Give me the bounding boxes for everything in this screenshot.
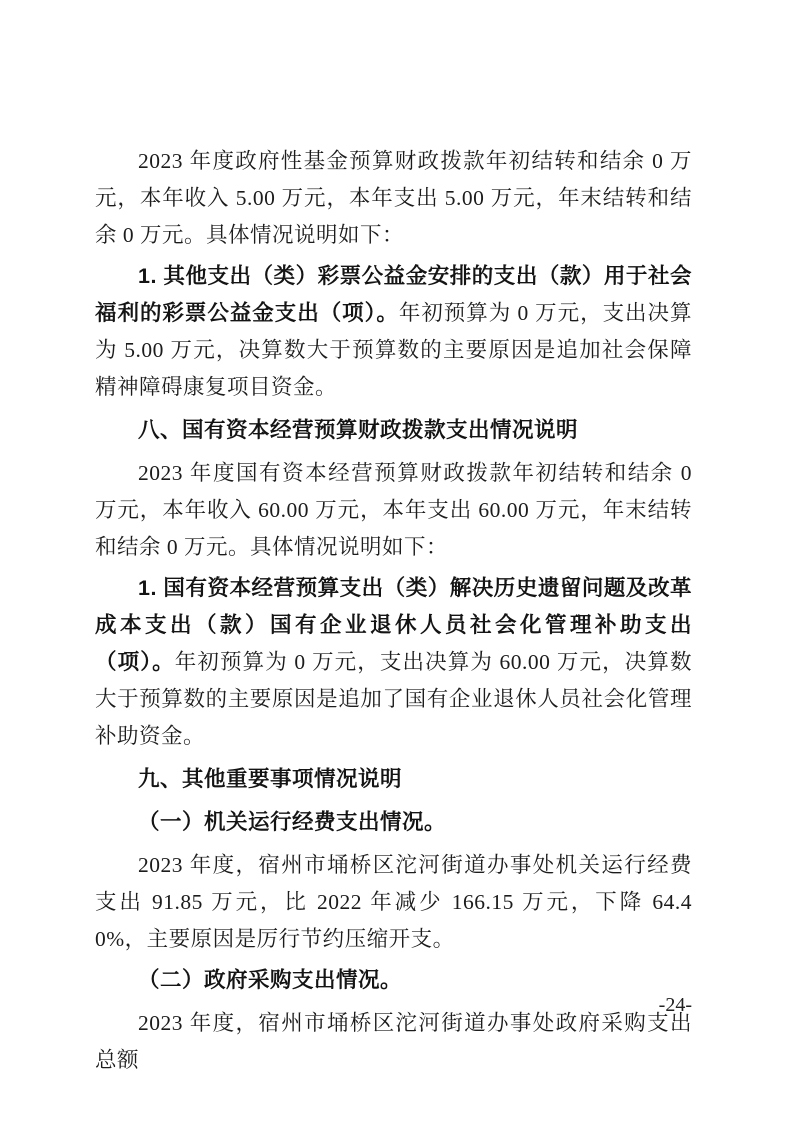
- text-run: 2023 年度，宿州市埇桥区沱河街道办事处机关运行经费支出 91.85 万元，比…: [95, 853, 692, 951]
- bold-text-run: 九、其他重要事项情况说明: [138, 767, 402, 791]
- heading: 八、国有资本经营预算财政拨款支出情况说明: [95, 412, 692, 449]
- paragraph: 2023 年度，宿州市埇桥区沱河街道办事处政府采购支出总额: [95, 1005, 692, 1079]
- page-number: -24-: [95, 994, 692, 1016]
- subheading: （一）机关运行经费支出情况。: [95, 804, 692, 841]
- document-page: 2023 年度政府性基金预算财政拨款年初结转和结余 0 万元，本年收入 5.00…: [0, 0, 793, 1122]
- text-run: 年初预算为 0 万元，支出决算为 60.00 万元，决算数大于预算数的主要原因是…: [95, 650, 692, 748]
- text-run: 2023 年度，宿州市埇桥区沱河街道办事处政府采购支出总额: [95, 1011, 692, 1072]
- bold-text-run: （一）机关运行经费支出情况。: [138, 810, 446, 834]
- text-run: 2023 年度国有资本经营预算财政拨款年初结转和结余 0 万元，本年收入 60.…: [95, 461, 692, 559]
- paragraph: 2023 年度，宿州市埇桥区沱河街道办事处机关运行经费支出 91.85 万元，比…: [95, 847, 692, 958]
- text-run: 2023 年度政府性基金预算财政拨款年初结转和结余 0 万元，本年收入 5.00…: [95, 149, 692, 247]
- paragraph: 1. 国有资本经营预算支出（类）解决历史遗留问题及改革成本支出（款）国有企业退休…: [95, 570, 692, 755]
- paragraph: 2023 年度政府性基金预算财政拨款年初结转和结余 0 万元，本年收入 5.00…: [95, 143, 692, 254]
- document-body: 2023 年度政府性基金预算财政拨款年初结转和结余 0 万元，本年收入 5.00…: [95, 143, 692, 1083]
- heading: 九、其他重要事项情况说明: [95, 761, 692, 798]
- bold-text-run: （二）政府采购支出情况。: [138, 968, 402, 992]
- paragraph: 2023 年度国有资本经营预算财政拨款年初结转和结余 0 万元，本年收入 60.…: [95, 455, 692, 566]
- paragraph: 1. 其他支出（类）彩票公益金安排的支出（款）用于社会福利的彩票公益金支出（项）…: [95, 258, 692, 406]
- bold-text-run: 八、国有资本经营预算财政拨款支出情况说明: [138, 418, 578, 442]
